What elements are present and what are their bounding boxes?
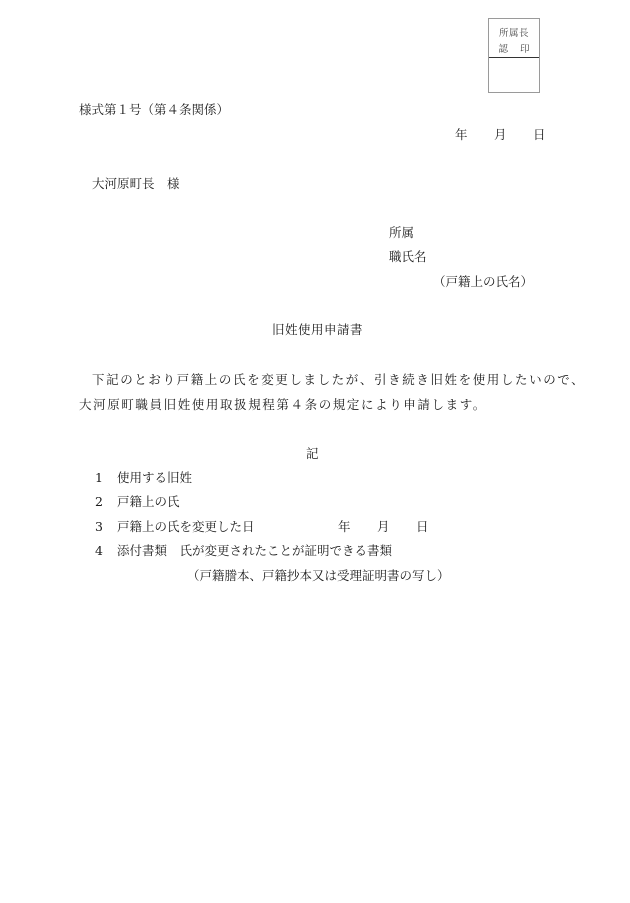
affiliation-label: 所属	[389, 227, 414, 240]
list-item: 3戸籍上の氏を変更した日	[95, 521, 255, 534]
stamp-label-title: 所属長	[489, 25, 539, 39]
body-line-2: 大河原町職員旧姓使用取扱規程第４条の規定により申請します。	[79, 399, 487, 412]
change-date-day-label: 日	[416, 521, 429, 534]
item-number: 1	[95, 472, 117, 485]
date-year-label: 年	[455, 129, 468, 142]
stamp-label-nin: 認	[498, 41, 508, 55]
document-title: 旧姓使用申請書	[272, 324, 363, 337]
stamp-label-seal: 認印	[489, 41, 539, 55]
item-label: 戸籍上の氏	[117, 494, 180, 509]
item-label: 使用する旧姓	[117, 470, 192, 485]
form-number: 様式第１号（第４条関係）	[79, 104, 229, 117]
name-note: （戸籍上の氏名）	[433, 276, 533, 289]
attachment-note: （戸籍謄本、戸籍抄本又は受理証明書の写し）	[187, 570, 450, 583]
list-item: 2戸籍上の氏	[95, 496, 180, 509]
item-number: 3	[95, 521, 117, 534]
item-label: 戸籍上の氏を変更した日	[117, 519, 255, 534]
date-day-label: 日	[533, 129, 546, 142]
name-field[interactable]	[432, 246, 550, 266]
date-month-label: 月	[494, 129, 507, 142]
stamp-seal-area[interactable]	[489, 58, 539, 92]
affiliation-field[interactable]	[420, 222, 550, 242]
family-register-surname-field[interactable]	[190, 491, 490, 511]
item-number: 2	[95, 496, 117, 509]
body-line-1: 下記のとおり戸籍上の氏を変更しましたが、引き続き旧姓を使用したいので、	[92, 374, 585, 387]
item-number: 4	[95, 545, 117, 558]
item-label: 添付書類 氏が変更されたことが証明できる書類	[117, 543, 392, 558]
stamp-label-in: 印	[520, 41, 530, 55]
list-item: 1使用する旧姓	[95, 472, 192, 485]
approval-stamp-box: 所属長 認印	[488, 18, 540, 93]
list-item: 4添付書類 氏が変更されたことが証明できる書類	[95, 545, 392, 558]
ki-heading: 記	[306, 448, 319, 461]
stamp-label-area: 所属長 認印	[489, 19, 539, 58]
former-surname-field[interactable]	[200, 467, 500, 487]
addressee: 大河原町長 様	[92, 178, 180, 191]
name-label: 職氏名	[389, 251, 427, 264]
change-date-year-label: 年	[338, 521, 351, 534]
change-date-month-label: 月	[377, 521, 390, 534]
